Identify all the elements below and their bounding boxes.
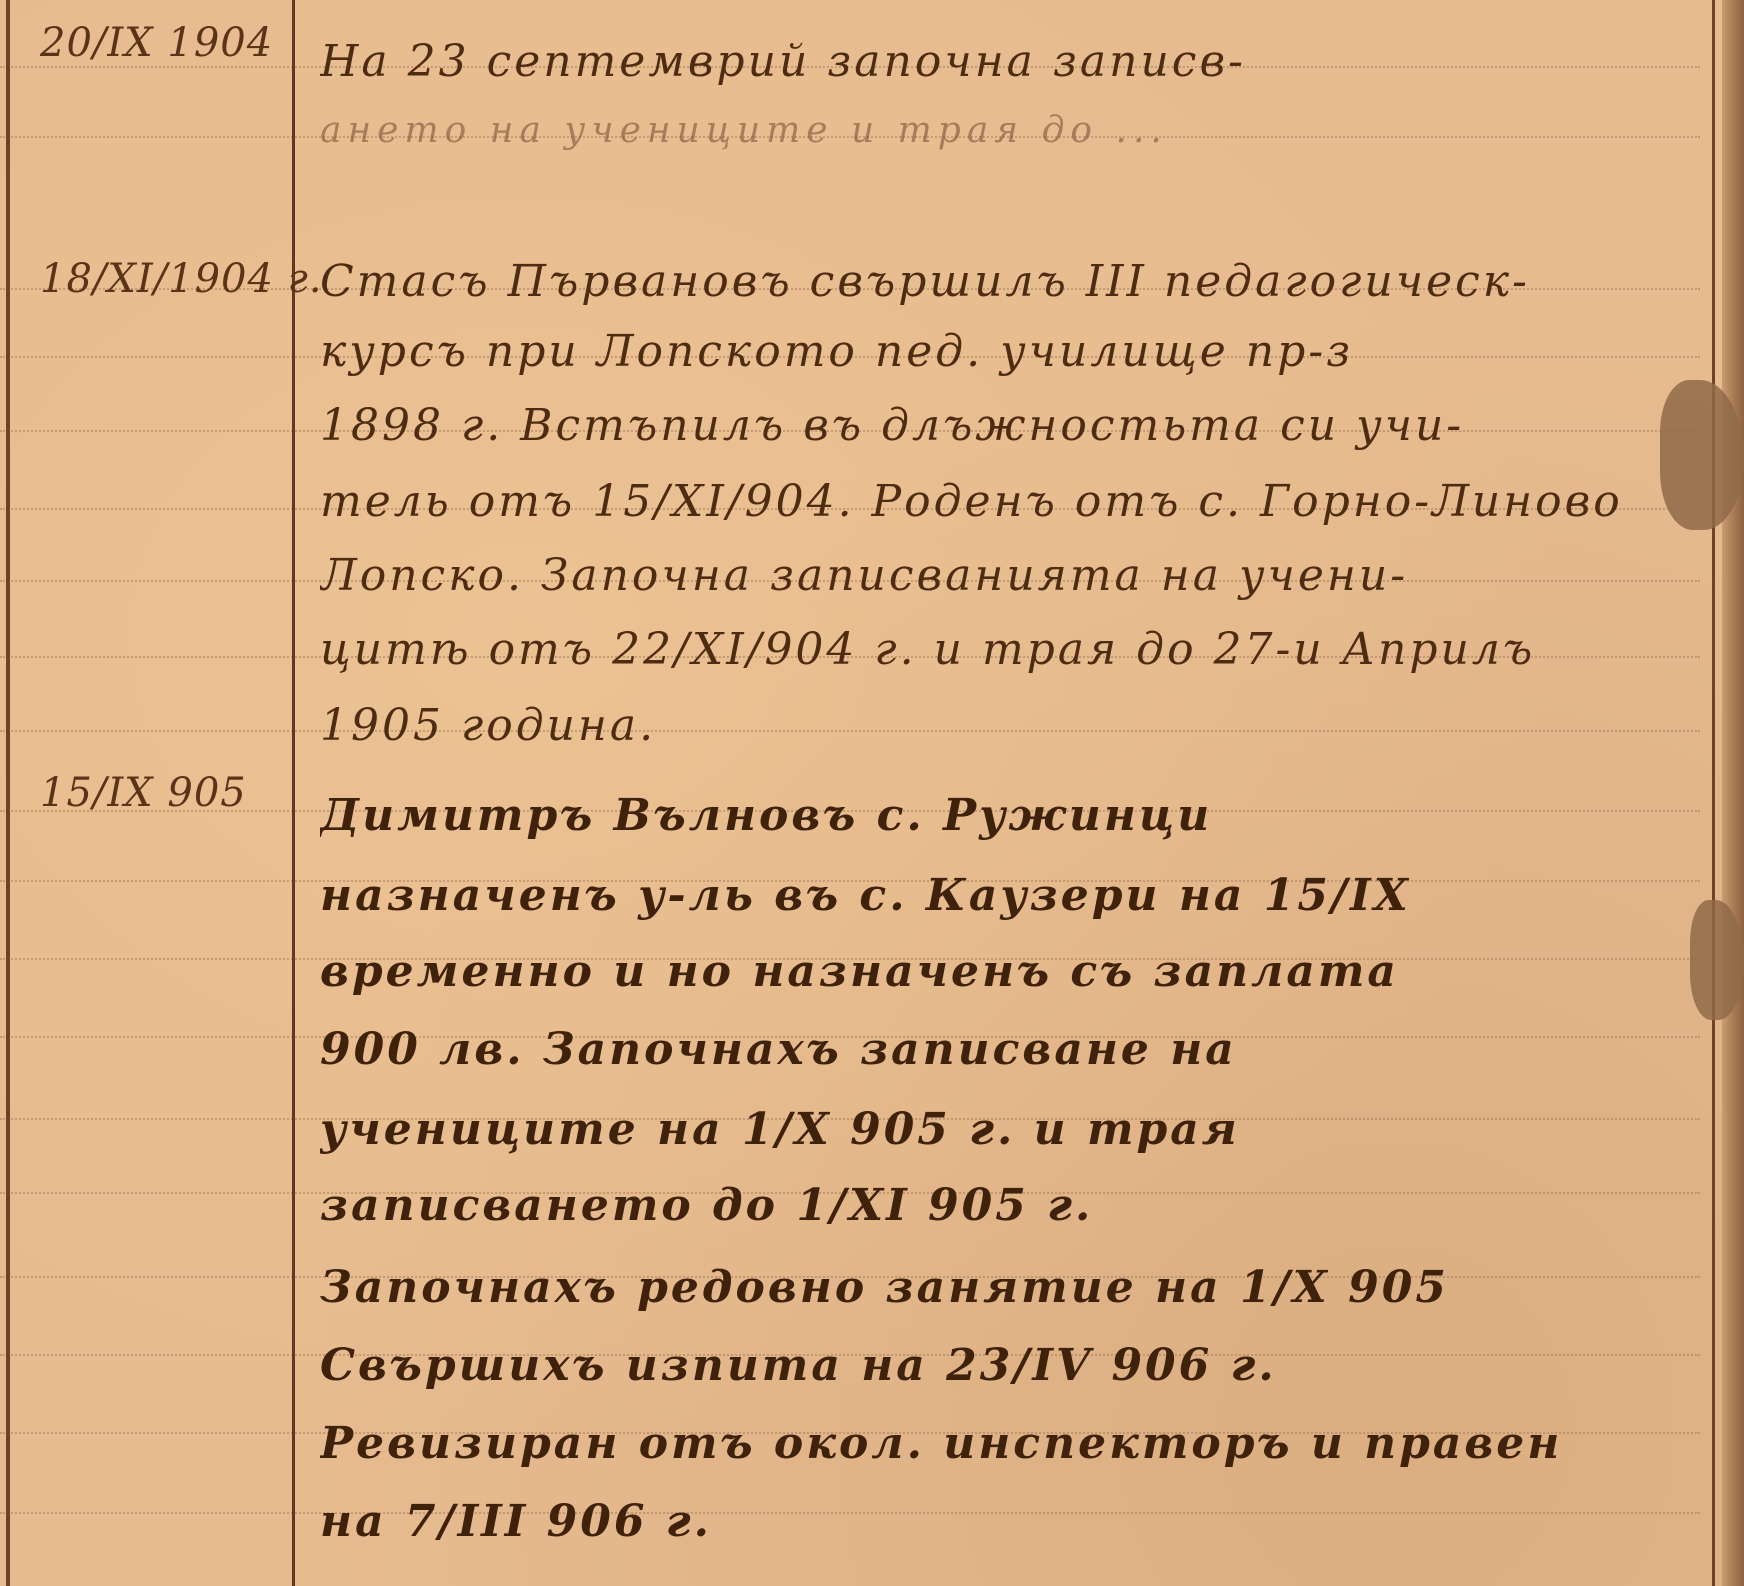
entry-text-line: цитѣ отъ 22/XI/904 г. и трая до 27-и Апр…: [320, 624, 1710, 675]
entry-text-line: Стасъ Първановъ свършилъ III педагогичес…: [320, 256, 1710, 307]
date-column-divider: [292, 0, 295, 1586]
entry-text-line-faint: ането на учениците и трая до ...: [320, 110, 1710, 151]
left-margin-border: [6, 0, 10, 1586]
entry-date: 18/XI/1904 г.: [40, 256, 290, 302]
right-margin-border: [1712, 0, 1715, 1586]
entry-text-line: 1905 година.: [320, 700, 1710, 751]
entry-text-line: записването до 1/XI 905 г.: [320, 1180, 1710, 1231]
entry-text-line: временно и но назначенъ съ заплата: [320, 946, 1710, 997]
entry-text-line: 1898 г. Встъпилъ въ длъжностьта си учи-: [320, 400, 1710, 451]
entry-date: 20/IX 1904: [40, 20, 290, 66]
entry-date: 15/IX 905: [40, 770, 290, 816]
entry-text-line: тель отъ 15/XI/904. Роденъ отъ с. Горно-…: [320, 476, 1710, 527]
entry-text-line: назначенъ у-ль въ с. Каузери на 15/IX: [320, 870, 1710, 921]
entry-text-line: учениците на 1/X 905 г. и трая: [320, 1104, 1710, 1155]
entry-text-line: на 7/III 906 г.: [320, 1496, 1710, 1547]
page-binding-edge: [1722, 0, 1744, 1586]
entry-text-line: курсъ при Лопското пед. училище пр-з: [320, 326, 1710, 377]
entry-text-line: На 23 септемврий започна записв-: [320, 36, 1710, 87]
entry-text-line: Ревизиран отъ окол. инспекторъ и правен: [320, 1418, 1710, 1469]
entry-text-line: Димитръ Вълновъ с. Ружинци: [320, 790, 1710, 841]
entry-text-line: Лопско. Започна записванията на учени-: [320, 550, 1710, 601]
entry-text-line: Започнахъ редовно занятие на 1/X 905: [320, 1262, 1710, 1313]
entry-text-line: 900 лв. Започнахъ записване на: [320, 1024, 1710, 1075]
entry-text-line: Свършихъ изпита на 23/IV 906 г.: [320, 1340, 1710, 1391]
ledger-page: 20/IX 1904 На 23 септемврий започна запи…: [0, 0, 1744, 1586]
